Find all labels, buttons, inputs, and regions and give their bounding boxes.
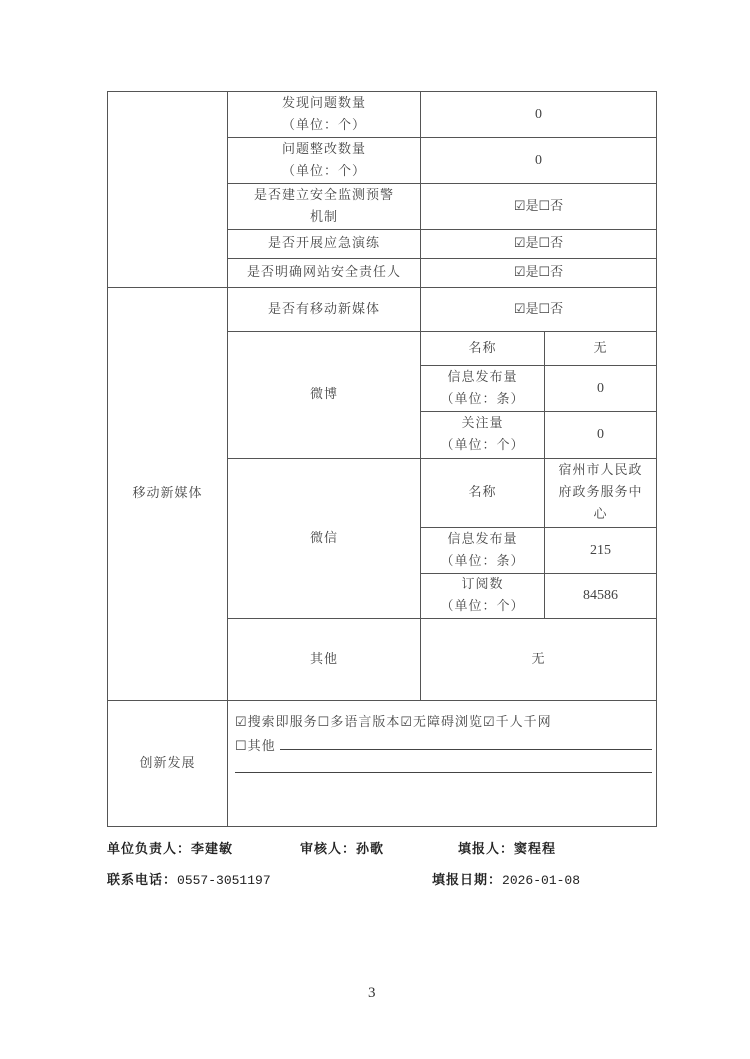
innovation-section-label: 创新发展 — [107, 700, 228, 827]
weibo-followers-value: 0 — [544, 411, 657, 459]
wechat-name-label: 名称 — [420, 458, 545, 528]
accessibility-checkbox[interactable]: ☑无障碍浏览 — [400, 715, 483, 730]
page-number: 3 — [368, 985, 376, 1002]
other-media-label: 其他 — [227, 618, 421, 701]
other-input-line[interactable] — [280, 749, 652, 750]
has-mobile-media-checkbox[interactable]: ☑是☐否 — [420, 287, 657, 332]
monitoring-mechanism-label: 是否建立安全监测预警机制 — [227, 183, 421, 230]
multilingual-checkbox[interactable]: ☐多语言版本 — [318, 715, 401, 730]
responsible-person: 单位负责人：李建敏 — [107, 838, 233, 857]
weibo-followers-label: 关注量（单位：个） — [420, 411, 545, 459]
weibo-posts-value: 0 — [544, 365, 657, 412]
security-officer-label: 是否明确网站安全责任人 — [227, 258, 421, 288]
emergency-drill-label: 是否开展应急演练 — [227, 229, 421, 259]
innovation-options: ☑搜索即服务☐多语言版本☑无障碍浏览☑千人千网 ☐其他 — [227, 700, 657, 827]
wechat-posts-value: 215 — [544, 527, 657, 574]
monitoring-mechanism-checkbox[interactable]: ☑是☐否 — [420, 183, 657, 230]
security-section-cell — [107, 91, 228, 288]
fixed-issues-value: 0 — [420, 137, 657, 184]
has-mobile-media-label: 是否有移动新媒体 — [227, 287, 421, 332]
wechat-subscribers-value: 84586 — [544, 573, 657, 619]
mobile-media-section-label: 移动新媒体 — [107, 287, 228, 701]
wechat-label: 微信 — [227, 458, 421, 619]
security-officer-checkbox[interactable]: ☑是☐否 — [420, 258, 657, 288]
report-table: 发现问题数量（单位：个） 0 问题整改数量（单位：个） 0 是否建立安全监测预警… — [107, 91, 657, 827]
weibo-name-value: 无 — [544, 331, 657, 366]
reviewer: 审核人：孙歌 — [300, 838, 384, 857]
other-checkbox[interactable]: ☐其他 — [235, 735, 276, 754]
fixed-issues-label: 问题整改数量（单位：个） — [227, 137, 421, 184]
wechat-posts-label: 信息发布量（单位：条） — [420, 527, 545, 574]
report-date: 填报日期：2026-01-08 — [432, 869, 580, 888]
weibo-name-label: 名称 — [420, 331, 545, 366]
other-input-line-2[interactable] — [235, 772, 652, 773]
emergency-drill-checkbox[interactable]: ☑是☐否 — [420, 229, 657, 259]
filler: 填报人：窦程程 — [458, 838, 556, 857]
weibo-posts-label: 信息发布量（单位：条） — [420, 365, 545, 412]
other-media-value: 无 — [420, 618, 657, 701]
wechat-name-value: 宿州市人民政府政务服务中心 — [544, 458, 657, 528]
contact-phone: 联系电话：0557-3051197 — [107, 869, 271, 888]
wechat-subscribers-label: 订阅数（单位：个） — [420, 573, 545, 619]
personalized-checkbox[interactable]: ☑千人千网 — [483, 715, 552, 730]
innovation-options-line: ☑搜索即服务☐多语言版本☑无障碍浏览☑千人千网 — [235, 711, 552, 730]
found-issues-value: 0 — [420, 91, 657, 138]
found-issues-label: 发现问题数量（单位：个） — [227, 91, 421, 138]
search-service-checkbox[interactable]: ☑搜索即服务 — [235, 715, 318, 730]
weibo-label: 微博 — [227, 331, 421, 459]
